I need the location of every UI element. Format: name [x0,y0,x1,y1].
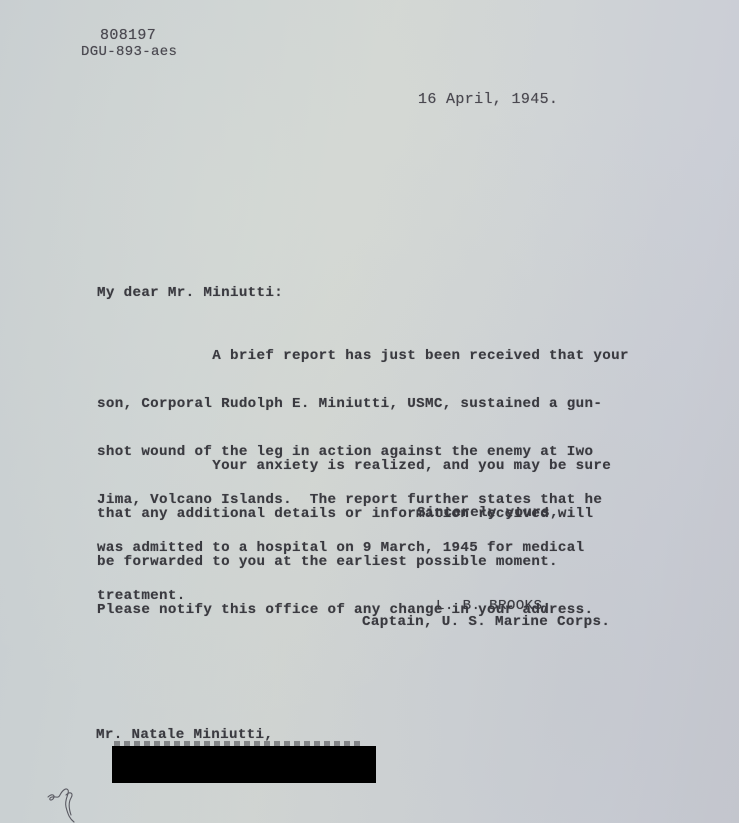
paragraph-line: A brief report has just been received th… [97,348,629,364]
handwritten-initials-icon [44,785,84,823]
letter-date: 16 April, 1945. [418,91,558,108]
signatory-name: L. B. BROOKS, [436,598,551,614]
signatory-title: Captain, U. S. Marine Corps. [362,614,610,630]
closing: Sincerely yours, [417,505,559,521]
reference-code: DGU-893-aes [81,44,177,60]
redaction-bar [112,746,376,783]
salutation: My dear Mr. Miniutti: [97,285,283,301]
file-number: 808197 [100,27,156,44]
paragraph-line: son, Corporal Rudolph E. Miniutti, USMC,… [97,396,629,412]
paragraph-line: be forwarded to you at the earliest poss… [97,554,611,570]
paragraph-line: Your anxiety is realized, and you may be… [97,458,611,474]
